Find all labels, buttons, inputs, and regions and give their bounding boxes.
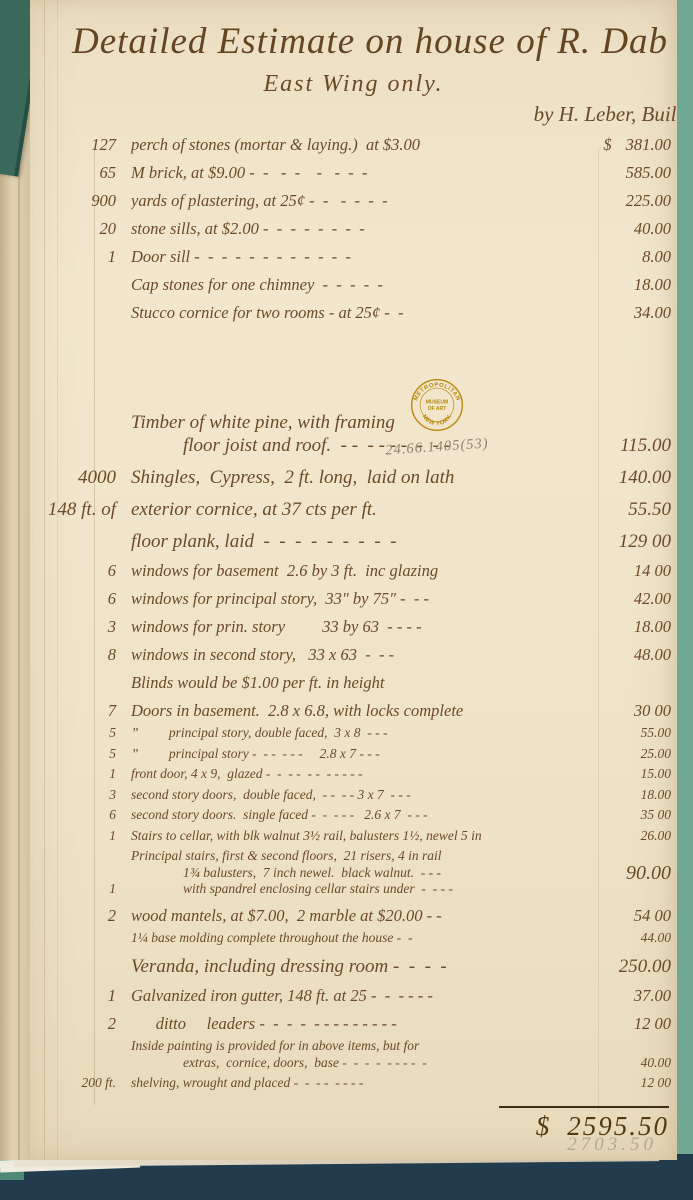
row-amount: 34.00 <box>569 303 677 323</box>
ledger-row: 1front door, 4 x 9, glazed - - - - - - -… <box>30 766 677 783</box>
row-quantity: 1 <box>30 247 131 267</box>
row-quantity: 3 <box>30 787 131 804</box>
row-amount: 585.00 <box>569 163 677 183</box>
row-amount: 18.00 <box>569 275 677 295</box>
row-description: yards of plastering, at 25¢ - - - - - - <box>131 191 569 211</box>
row-amount: 55.50 <box>569 498 677 521</box>
row-quantity: 1 <box>30 828 131 845</box>
scanned-ledger-page: Detailed Estimate on house of R. Dab Eas… <box>0 0 693 1200</box>
row-quantity: 20 <box>30 219 131 239</box>
row-description: M brick, at $9.00 - - - - - - - - <box>131 163 569 183</box>
row-amount: 54 00 <box>569 906 677 926</box>
row-quantity: 2 <box>30 906 131 926</box>
row-description: Doors in basement. 2.8 x 6.8, with locks… <box>131 701 569 721</box>
ledger-row: 6windows for basement 2.6 by 3 ft. inc g… <box>30 561 677 581</box>
row-amount: 44.00 <box>569 930 677 947</box>
ledger-row: 1Stairs to cellar, with blk walnut 3½ ra… <box>30 828 677 845</box>
row-quantity: 200 ft. <box>30 1075 131 1092</box>
row-amount: 25.00 <box>569 746 677 763</box>
row-amount: 37.00 <box>569 986 677 1006</box>
ledger-row: Veranda, including dressing room - - - -… <box>30 955 677 978</box>
row-amount: 115.00 <box>569 434 677 457</box>
ledger-row: 8windows in second story, 33 x 63 - - -4… <box>30 645 677 665</box>
ledger-row: 6second story doors. single faced - - - … <box>30 807 677 824</box>
ledger-row: 3second story doors, double faced, - - -… <box>30 787 677 804</box>
ledger-row: 7Doors in basement. 2.8 x 6.8, with lock… <box>30 701 677 721</box>
row-amount: 129 00 <box>569 530 677 553</box>
row-description: floor plank, laid - - - - - - - - - <box>131 530 569 553</box>
row-description: Door sill - - - - - - - - - - - - <box>131 247 569 267</box>
row-amount: 8.00 <box>569 247 677 267</box>
row-amount: $381.00 <box>569 135 677 155</box>
row-amount: 15.00 <box>569 766 677 783</box>
row-description: stone sills, at $2.00 - - - - - - - - <box>131 219 569 239</box>
row-quantity: 6 <box>30 589 131 609</box>
row-description: Stucco cornice for two rooms - at 25¢ - … <box>131 303 569 323</box>
row-description: second story doors. single faced - - - -… <box>131 807 569 824</box>
ledger-rows: 127perch of stones (mortar & laying.) at… <box>30 135 677 1092</box>
ledger-row: 1Principal stairs, first & second floors… <box>30 848 677 898</box>
ledger: 127perch of stones (mortar & laying.) at… <box>30 135 677 1092</box>
document-page: Detailed Estimate on house of R. Dab Eas… <box>30 0 677 1160</box>
row-quantity: 1 <box>30 881 131 898</box>
row-description: front door, 4 x 9, glazed - - - - - - - … <box>131 766 569 783</box>
row-description: Veranda, including dressing room - - - - <box>131 955 569 978</box>
stamp-line1-text: MUSEUM <box>426 399 448 405</box>
row-description: wood mantels, at $7.00, 2 marble at $20.… <box>131 906 569 926</box>
ledger-row: 65M brick, at $9.00 - - - - - - - -585.0… <box>30 163 677 183</box>
row-description: ditto leaders - - - - - - - - - - - - - <box>131 1014 569 1034</box>
row-amount: 18.00 <box>569 787 677 804</box>
row-quantity: 900 <box>30 191 131 211</box>
ledger-row: 6windows for principal story, 33" by 75"… <box>30 589 677 609</box>
row-quantity: 65 <box>30 163 131 183</box>
stamp-line2-text: OF ART <box>428 406 448 412</box>
currency-sign: $ <box>536 1111 568 1141</box>
row-amount: 42.00 <box>569 589 677 609</box>
row-quantity: 3 <box>30 617 131 637</box>
row-amount: 40.00 <box>569 219 677 239</box>
museum-stamp-block: METROPOLITAN MUSEUM OF ART NEW YORK 24.6… <box>362 378 512 456</box>
row-description: windows for principal story, 33" by 75" … <box>131 589 569 609</box>
ledger-row: floor plank, laid - - - - - - - - -129 0… <box>30 530 677 553</box>
row-amount: 30 00 <box>569 701 677 721</box>
row-amount: 40.00 <box>569 1055 677 1072</box>
ledger-row: 5” principal story - - - - - - 2.8 x 7 -… <box>30 746 677 763</box>
ledger-row: 4000Shingles, Cypress, 2 ft. long, laid … <box>30 466 677 489</box>
ledger-row: 200 ft.shelving, wrought and placed - - … <box>30 1075 677 1092</box>
row-description: windows for prin. story 33 by 63 - - - - <box>131 617 569 637</box>
ledger-row: 1Door sill - - - - - - - - - - - -8.00 <box>30 247 677 267</box>
row-description: Principal stairs, first & second floors,… <box>131 848 569 898</box>
row-quantity: 1 <box>30 986 131 1006</box>
total-block: $2595.50 2703.50 <box>469 1106 669 1156</box>
ledger-row: 20stone sills, at $2.00 - - - - - - - -4… <box>30 219 677 239</box>
stamp-arc-bottom-text: NEW YORK <box>421 414 454 428</box>
row-description: Cap stones for one chimney - - - - - <box>131 275 569 295</box>
row-quantity: 7 <box>30 701 131 721</box>
page-title: Detailed Estimate on house of R. Dab <box>30 20 677 64</box>
ledger-row: 3windows for prin. story 33 by 63 - - - … <box>30 617 677 637</box>
row-quantity: 5 <box>30 746 131 763</box>
row-description: windows in second story, 33 x 63 - - - <box>131 645 569 665</box>
ledger-row: 2 ditto leaders - - - - - - - - - - - - … <box>30 1014 677 1034</box>
row-amount: 12 00 <box>569 1075 677 1092</box>
row-quantity: 127 <box>30 135 131 155</box>
row-amount: 12 00 <box>569 1014 677 1034</box>
row-quantity: 148 ft. of <box>30 498 131 521</box>
museum-stamp-icon: METROPOLITAN MUSEUM OF ART NEW YORK <box>410 378 464 432</box>
row-description: Stairs to cellar, with blk walnut 3½ rai… <box>131 828 569 845</box>
row-description: shelving, wrought and placed - - - - - -… <box>131 1075 569 1092</box>
row-description: 1¼ base molding complete throughout the … <box>131 930 569 947</box>
row-description: Blinds would be $1.00 per ft. in height <box>131 673 569 693</box>
row-description: perch of stones (mortar & laying.) at $3… <box>131 135 569 155</box>
row-amount: 225.00 <box>569 191 677 211</box>
row-description: ” principal story - - - - - - 2.8 x 7 - … <box>131 746 569 763</box>
ledger-row: 148 ft. ofexterior cornice, at 37 cts pe… <box>30 498 677 521</box>
ledger-row: Cap stones for one chimney - - - - -18.0… <box>30 275 677 295</box>
row-quantity: 4000 <box>30 466 131 489</box>
document-header: Detailed Estimate on house of R. Dab Eas… <box>30 0 677 127</box>
ledger-row: 1Galvanized iron gutter, 148 ft. at 25 -… <box>30 986 677 1006</box>
row-amount: 55.00 <box>569 725 677 742</box>
row-amount: 18.00 <box>569 617 677 637</box>
row-quantity: 5 <box>30 725 131 742</box>
ledger-row: 5” principal story, double faced, 3 x 8 … <box>30 725 677 742</box>
row-amount: 35 00 <box>569 807 677 824</box>
currency-sign: $ <box>603 135 625 154</box>
row-description: Inside painting is provided for in above… <box>131 1038 569 1071</box>
ledger-row: 127perch of stones (mortar & laying.) at… <box>30 135 677 155</box>
ledger-row: Inside painting is provided for in above… <box>30 1038 677 1071</box>
row-quantity: 8 <box>30 645 131 665</box>
row-amount: 250.00 <box>569 955 677 978</box>
ledger-row: 900yards of plastering, at 25¢ - - - - -… <box>30 191 677 211</box>
ledger-row: Blinds would be $1.00 per ft. in height <box>30 673 677 693</box>
row-amount: 140.00 <box>569 466 677 489</box>
byline: by H. Leber, Build <box>30 102 677 127</box>
row-description: ” principal story, double faced, 3 x 8 -… <box>131 725 569 742</box>
row-quantity: 6 <box>30 561 131 581</box>
row-quantity: 6 <box>30 807 131 824</box>
row-description: second story doors, double faced, - - - … <box>131 787 569 804</box>
row-amount: 26.00 <box>569 828 677 845</box>
row-description: Shingles, Cypress, 2 ft. long, laid on l… <box>131 466 569 489</box>
page-subtitle: East Wing only. <box>30 71 677 98</box>
ledger-row: 2wood mantels, at $7.00, 2 marble at $20… <box>30 906 677 926</box>
ledger-row: Stucco cornice for two rooms - at 25¢ - … <box>30 303 677 323</box>
row-amount: 48.00 <box>569 645 677 665</box>
row-description: Galvanized iron gutter, 148 ft. at 25 - … <box>131 986 569 1006</box>
ledger-row: 1¼ base molding complete throughout the … <box>30 930 677 947</box>
ledger-row: Timber of white pine, with framingfloor … <box>30 411 677 457</box>
row-amount: 90.00 <box>569 865 677 882</box>
row-amount: 14 00 <box>569 561 677 581</box>
row-description: windows for basement 2.6 by 3 ft. inc gl… <box>131 561 569 581</box>
row-description: exterior cornice, at 37 cts per ft. <box>131 498 569 521</box>
svg-text:NEW YORK: NEW YORK <box>421 414 454 428</box>
row-quantity: 2 <box>30 1014 131 1034</box>
row-quantity: 1 <box>30 766 131 783</box>
